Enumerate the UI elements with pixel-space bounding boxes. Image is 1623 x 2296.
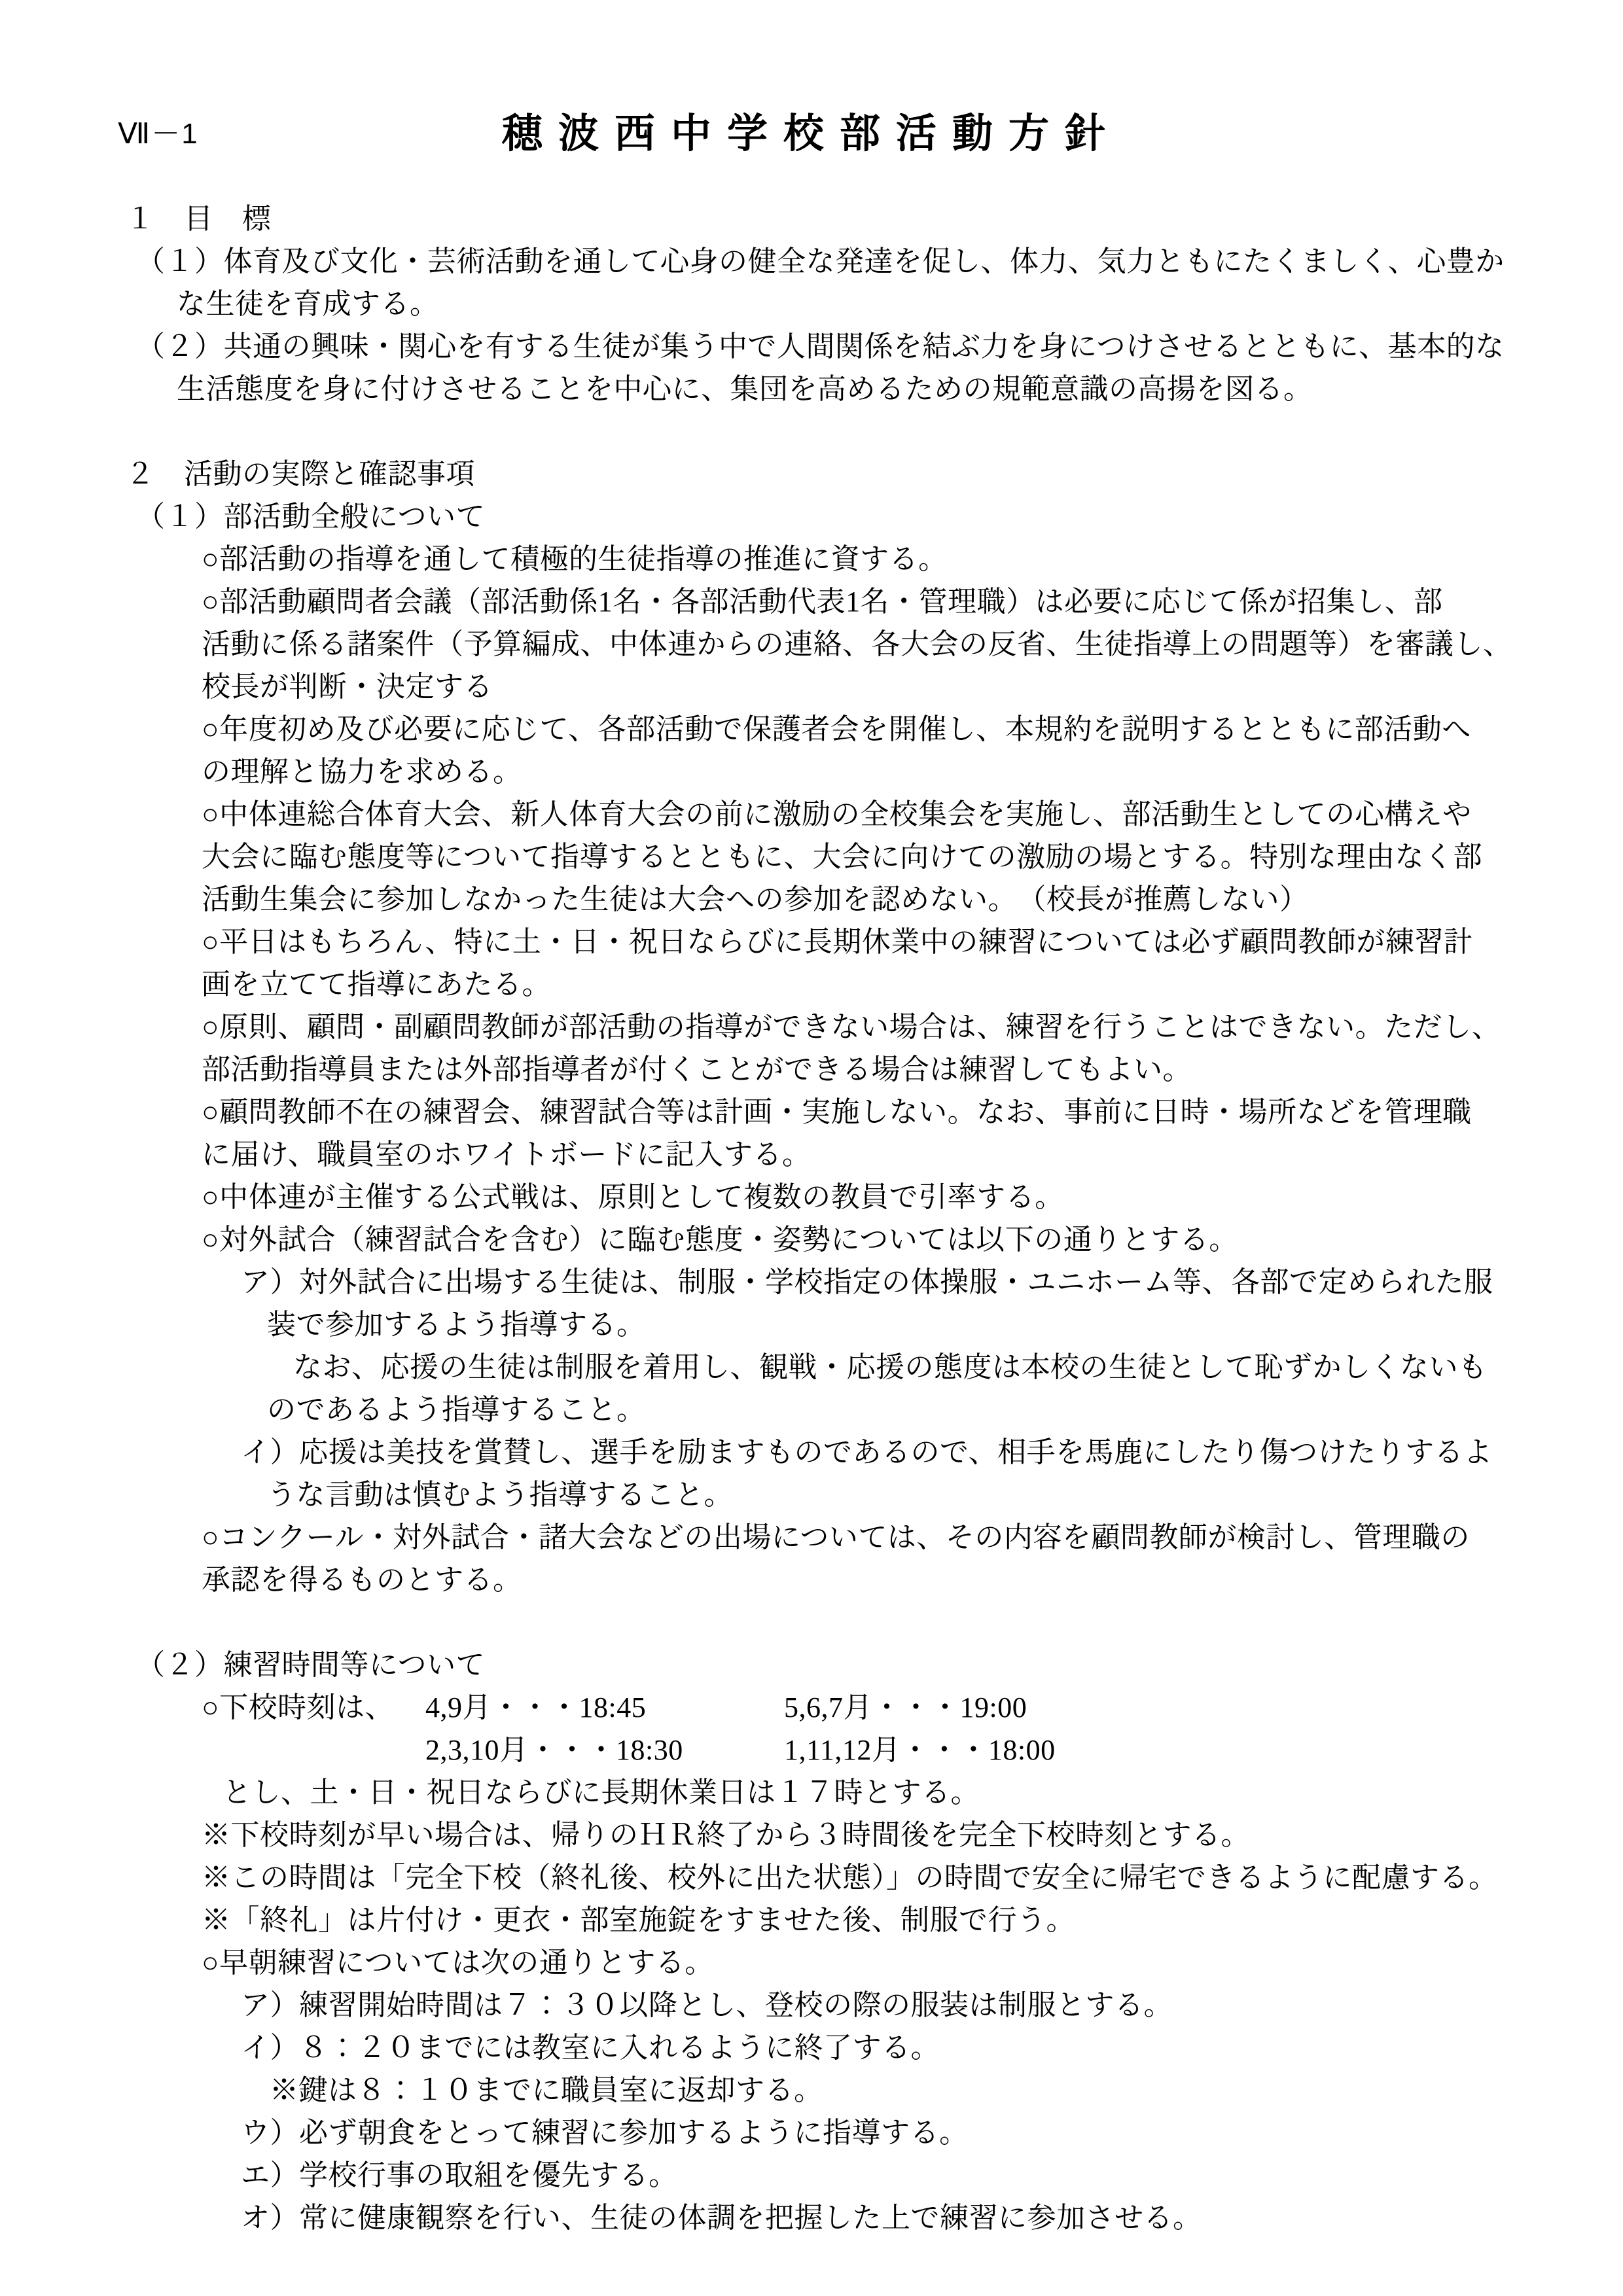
doc-line-item-i: イ）応援は美技を賞賛し、選手を励ますものであるので、相手を馬鹿にしたり傷つけたり…: [241, 1431, 1505, 1474]
dismissal-schedule-row-1: ○下校時刻は、 4,9月・・・18:45 5,6,7月・・・19:00: [118, 1686, 1505, 1729]
doc-line: 大会に臨む態度等について指導するとともに、大会に向けての激励の場とする。特別な理…: [202, 836, 1505, 878]
goal-item-2-cont: 生活態度を身に付けさせることを中心に、集団を高めるための規範意識の高揚を図る。: [177, 368, 1505, 410]
doc-line: ○対外試合（練習試合を含む）に臨む態度・姿勢については以下の通りとする。: [202, 1218, 1505, 1261]
heading-goals: １ 目 標: [126, 198, 1505, 240]
doc-line: の理解と協力を求める。: [202, 751, 1505, 793]
doc-line: うな言動は慎むよう指導すること。: [267, 1474, 1505, 1516]
doc-line: ○コンクール・対外試合・諸大会などの出場については、その内容を顧問教師が検討し、…: [202, 1516, 1505, 1559]
goal-item-1-cont: な生徒を育成する。: [177, 283, 1505, 325]
doc-line-item-o: オ）常に健康観察を行い、生徒の体調を把握した上で練習に参加させる。: [241, 2197, 1505, 2239]
dismissal-schedule-row-2: 2,3,10月・・・18:30 1,11,12月・・・18:00: [118, 1729, 1505, 1771]
heading-activities: ２ 活動の実際と確認事項: [126, 453, 1505, 495]
doc-line: ○早朝練習については次の通りとする。: [202, 1941, 1505, 1984]
document-page: Ⅶ－1 穂波西中学校部活動方針 １ 目 標 （１）体育及び文化・芸術活動を通して…: [0, 0, 1623, 2296]
doc-line-item-a: ア）対外試合に出場する生徒は、制服・学校指定の体操服・ユニホーム等、各部で定めら…: [241, 1261, 1505, 1303]
doc-line: ○顧問教師不在の練習会、練習試合等は計画・実施しない。なお、事前に日時・場所など…: [202, 1091, 1505, 1133]
doc-line-note: ※鍵は８：１０までに職員室に返却する。: [270, 2069, 1505, 2111]
doc-line-item-i: イ）８：２０までには教室に入れるように終了する。: [241, 2026, 1505, 2069]
goal-item-1: （１）体育及び文化・芸術活動を通して心身の健全な発達を促し、体力、気力ともにたく…: [136, 240, 1505, 283]
doc-line: 活動に係る諸案件（予算編成、中体連からの連絡、各大会の反省、生徒指導上の問題等）…: [202, 623, 1505, 665]
doc-line: ○平日はもちろん、特に土・日・祝日ならびに長期休業中の練習については必ず顧問教師…: [202, 921, 1505, 963]
goal-item-2: （２）共通の興味・関心を有する生徒が集う中で人間関係を結ぶ力を身につけさせるとと…: [136, 325, 1505, 368]
doc-line: に届け、職員室のホワイトボードに記入する。: [202, 1133, 1505, 1176]
schedule-cell: 1,11,12月・・・18:00: [784, 1729, 1056, 1771]
doc-line-item-a: ア）練習開始時間は７：３０以降とし、登校の際の服装は制服とする。: [241, 1984, 1505, 2026]
doc-line: 装で参加するよう指導する。: [267, 1303, 1505, 1346]
doc-line-item-e: エ）学校行事の取組を優先する。: [241, 2154, 1505, 2197]
doc-line: 画を立てて指導にあたる。: [202, 963, 1505, 1006]
subheading-practice-hours: （２）練習時間等について: [136, 1644, 1505, 1686]
schedule-cell: 2,3,10月・・・18:30: [425, 1729, 683, 1771]
doc-line: のであるよう指導すること。: [267, 1388, 1505, 1431]
doc-line: 承認を得るものとする。: [202, 1559, 1505, 1601]
doc-line: なお、応援の生徒は制服を着用し、観戦・応援の態度は本校の生徒として恥ずかしくない…: [293, 1346, 1505, 1388]
doc-line: 活動生集会に参加しなかった生徒は大会への参加を認めない。 （校長が推薦しない）: [202, 878, 1505, 921]
schedule-cell: 4,9月・・・18:45: [425, 1686, 646, 1729]
doc-line: とし、土・日・祝日ならびに長期休業日は１７時とする。: [223, 1771, 1505, 1814]
doc-line-note: ※「終礼」は片付け・更衣・部室施錠をすませた後、制服で行う。: [202, 1899, 1505, 1941]
doc-line: ○原則、顧問・副顧問教師が部活動の指導ができない場合は、練習を行うことはできない…: [202, 1006, 1505, 1048]
doc-line-item-u: ウ）必ず朝食をとって練習に参加するように指導する。: [241, 2111, 1505, 2154]
subheading-club-general: （１）部活動全般について: [136, 495, 1505, 538]
schedule-intro: ○下校時刻は、: [202, 1686, 394, 1729]
doc-line: 校長が判断・決定する: [202, 665, 1505, 708]
doc-line: ○中体連が主催する公式戦は、原則として複数の教員で引率する。: [202, 1176, 1505, 1218]
doc-line: ○部活動顧問者会議（部活動係1名・各部活動代表1名・管理職）は必要に応じて係が招…: [202, 580, 1505, 623]
schedule-cell: 5,6,7月・・・19:00: [784, 1686, 1027, 1729]
doc-line: ○年度初め及び必要に応じて、各部活動で保護者会を開催し、本規約を説明するとともに…: [202, 708, 1505, 751]
doc-line-note: ※下校時刻が早い場合は、帰りのＨＲ終了から３時間後を完全下校時刻とする。: [202, 1814, 1505, 1856]
document-header: Ⅶ－1 穂波西中学校部活動方針: [118, 105, 1505, 164]
doc-line: 部活動指導員または外部指導者が付くことができる場合は練習してもよい。: [202, 1048, 1505, 1091]
doc-code: Ⅶ－1: [118, 105, 199, 164]
doc-line-note: ※この時間は「完全下校（終礼後、校外に出た状態）」の時間で安全に帰宅できるように…: [202, 1856, 1505, 1899]
doc-line: ○部活動の指導を通して積極的生徒指導の推進に資する。: [202, 538, 1505, 580]
doc-title: 穂波西中学校部活動方針: [118, 105, 1505, 164]
doc-line: ○中体連総合体育大会、新人体育大会の前に激励の全校集会を実施し、部活動生としての…: [202, 793, 1505, 836]
